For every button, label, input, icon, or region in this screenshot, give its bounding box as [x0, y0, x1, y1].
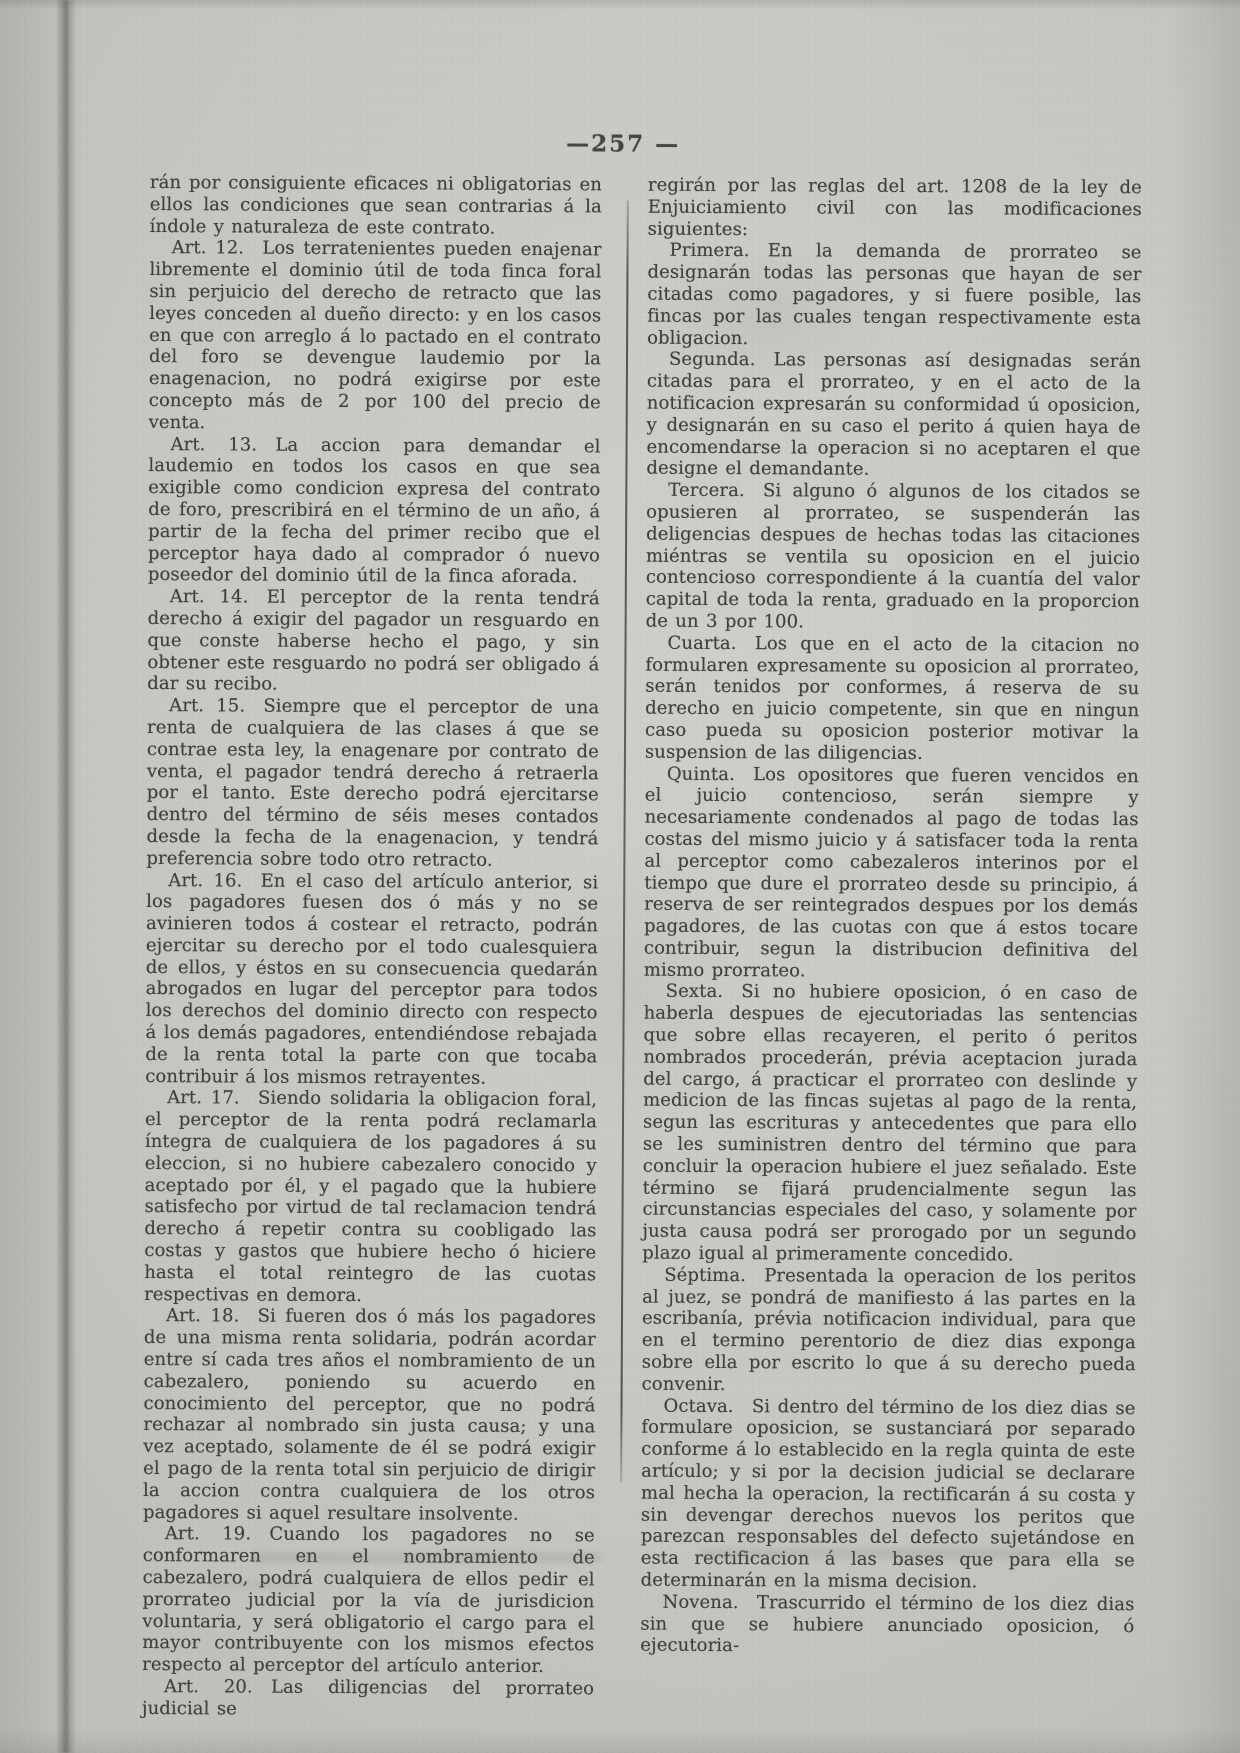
- paragraph-art-19: Art. 19. Cuando los pagadores no se conf…: [142, 1523, 595, 1678]
- paragraph-art-20-lead: Art. 20. Las diligencias del prorrateo j…: [142, 1676, 594, 1722]
- paragraph-art-14: Art. 14. El perceptor de la renta tendrá…: [147, 586, 600, 697]
- paragraph-regla-tercera: Tercera. Si alguno ó algunos de los cita…: [646, 480, 1141, 635]
- paragraph-regla-primera: Primera. En la demanda de prorrateo se d…: [647, 240, 1142, 352]
- right-column: regirán por las reglas del art. 1208 de …: [640, 175, 1142, 1660]
- page-edge-shadow-bottom: [0, 1727, 1240, 1753]
- paragraph-art-20-continuation: regirán por las reglas del art. 1208 de …: [648, 175, 1142, 243]
- paragraph-regla-sexta: Sexta. Si no hubiere oposicion, ó en cas…: [642, 981, 1137, 1267]
- page-edge-shadow-top: [0, 0, 1240, 10]
- page-edge-shadow-right: [1170, 0, 1240, 1753]
- show-through-ghost-text: [252, 1552, 602, 1563]
- paragraph-regla-octava: Octava. Si dentro del término de los die…: [641, 1395, 1136, 1594]
- show-through-ghost-text: [210, 1580, 300, 1589]
- paragraph-art-12: Art. 12. Los terratenientes pueden enaje…: [149, 237, 602, 436]
- paragraph-regla-septima: Séptima. Presentada la operacion de los …: [642, 1264, 1137, 1397]
- paragraph-art-11-continuation: rán por consiguiente eficaces ni obligat…: [150, 172, 602, 240]
- paragraph-art-18: Art. 18. Si fueren dos ó más los pagador…: [143, 1305, 596, 1525]
- binding-crease: [56, 0, 82, 1753]
- scanned-book-page: —257 — rán por consiguiente eficaces ni …: [0, 0, 1240, 1753]
- paragraph-art-15: Art. 15. Siempre que el perceptor de una…: [146, 695, 599, 872]
- paragraph-regla-segunda: Segunda. Las personas así designadas ser…: [646, 349, 1141, 482]
- paragraph-art-17: Art. 17. Siendo solidaria la obligacion …: [144, 1087, 597, 1307]
- left-column: rán por consiguiente eficaces ni obligat…: [142, 172, 602, 1722]
- paragraph-regla-novena: Novena. Trascurrido el término de los di…: [640, 1591, 1134, 1659]
- adjacent-page-edge: [0, 0, 62, 1753]
- paragraph-regla-quinta: Quinta. Los opositores que fueren vencid…: [644, 763, 1139, 984]
- paragraph-regla-cuarta: Cuarta. Los que en el acto de la citacio…: [645, 632, 1140, 765]
- show-through-ghost-text: [700, 1548, 1080, 1559]
- column-divider-rule: [620, 200, 629, 1482]
- page-number: —257 —: [548, 130, 698, 158]
- paragraph-art-16: Art. 16. En el caso del artículo anterio…: [145, 869, 598, 1089]
- paragraph-art-13: Art. 13. La accion para demandar el laud…: [148, 434, 601, 589]
